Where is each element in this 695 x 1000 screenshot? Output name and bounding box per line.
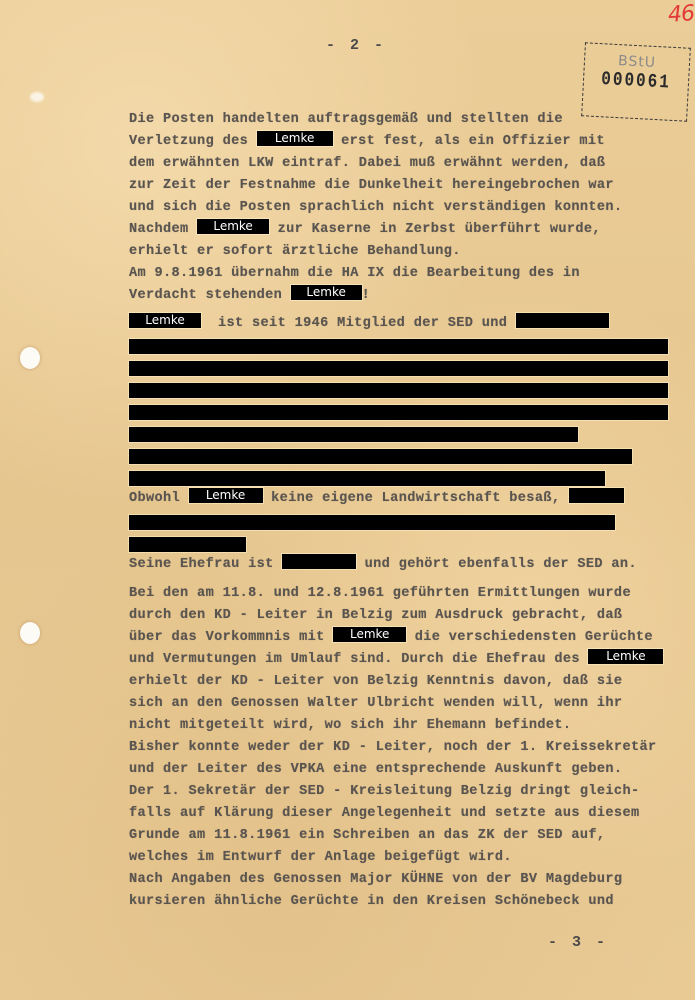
text-line: und der Leiter des VPKA eine entsprechen… [129,761,622,779]
text-line: dem erwähnten LKW eintraf. Dabei muß erw… [129,155,605,173]
line-text: welches im Entwurf der Anlage beigefügt … [129,850,512,865]
line-text: Seine Ehefrau ist [129,557,274,572]
text-line: Der 1. Sekretär der SED - Kreisleitung B… [129,783,639,801]
text-line: erhielt der KD - Leiter von Belzig Kennt… [129,673,622,691]
line-text: erhielt er sofort ärztliche Behandlung. [129,244,461,259]
page-number-footer: - 3 - [548,934,608,951]
line-text: keine eigene Landwirtschaft besaß, [271,491,560,506]
line-text: Am 9.8.1961 übernahm die HA IX die Bearb… [129,266,580,281]
line-text: zur Kaserne in Zerbst überführt wurde, [278,222,601,237]
redaction-bar [129,361,668,376]
text-line: Die Posten handelten auftragsgemäß und s… [129,111,563,129]
redaction-bar [129,427,578,442]
text-line: und sich die Posten sprachlich nicht ver… [129,199,622,217]
line-text: ! [362,288,371,303]
line-text: Grunde am 11.8.1961 ein Schreiben an das… [129,828,605,843]
text-line: falls auf Klärung dieser Angelegenheit u… [129,805,639,823]
text-line: Bei den am 11.8. und 12.8.1961 geführten… [129,585,631,603]
text-line: Verletzung des Lemke erst fest, als ein … [129,133,605,151]
redaction-bar [129,537,246,552]
punch-hole-bottom [20,622,40,644]
line-text: Bei den am 11.8. und 12.8.1961 geführten… [129,586,631,601]
redaction-bar [129,383,668,398]
text-line: welches im Entwurf der Anlage beigefügt … [129,849,512,867]
text-line: zur Zeit der Festnahme die Dunkelheit he… [129,177,614,195]
text-line: über das Vorkommnis mit Lemke die versch… [129,629,653,647]
text-line: Lemke ist seit 1946 Mitglied der SED und [129,315,609,333]
text-line: Bisher konnte weder der KD - Leiter, noc… [129,739,656,757]
text-line: Verdacht stehenden Lemke! [129,287,370,305]
text-line: Nachdem Lemke zur Kaserne in Zerbst über… [129,221,601,239]
line-text: durch den KD - Leiter in Belzig zum Ausd… [129,608,622,623]
line-text: Verletzung des [129,134,248,149]
redaction-bar [129,339,668,354]
line-text: nicht mitgeteilt wird, wo sich ihr Ehema… [129,718,571,733]
folio-number: 46 [667,1,695,28]
line-text: ist seit 1946 Mitglied der SED und [218,316,507,331]
line-text: über das Vorkommnis mit [129,630,325,645]
redaction-bar [129,515,615,530]
line-text: Die Posten handelten auftragsgemäß und s… [129,112,563,127]
stamp-number: 000061 [584,67,689,94]
redaction-bar [129,471,605,486]
line-text: Der 1. Sekretär der SED - Kreisleitung B… [129,784,639,799]
redaction-name: Lemke [291,285,362,300]
archive-stamp: BStU 000061 [581,42,691,121]
text-line: kursieren ähnliche Gerüchte in den Kreis… [129,893,614,911]
redaction-name: Lemke [333,627,406,642]
line-text: sich an den Genossen Walter Ulbricht wen… [129,696,622,711]
line-text: zur Zeit der Festnahme die Dunkelheit he… [129,178,614,193]
line-text: Bisher konnte weder der KD - Leiter, noc… [129,740,656,755]
text-line: nicht mitgeteilt wird, wo sich ihr Ehema… [129,717,571,735]
line-text: erst fest, als ein Offizier mit [341,134,605,149]
punch-hole-top [20,347,40,369]
text-line: und Vermutungen im Umlauf sind. Durch di… [129,651,663,669]
line-text: erhielt der KD - Leiter von Belzig Kennt… [129,674,622,689]
redaction-name: Lemke [257,131,333,146]
line-text: dem erwähnten LKW eintraf. Dabei muß erw… [129,156,605,171]
paper-blemish [30,92,44,102]
text-line: Nach Angaben des Genossen Major KÜHNE vo… [129,871,622,889]
text-line: Am 9.8.1961 übernahm die HA IX die Bearb… [129,265,580,283]
line-text: Nachdem [129,222,189,237]
line-text: Obwohl [129,491,180,506]
line-text: Verdacht stehenden [129,288,282,303]
page-number-header: - 2 - [326,37,386,54]
text-line: sich an den Genossen Walter Ulbricht wen… [129,695,622,713]
redaction-name: Lemke [588,649,663,664]
line-text: und gehört ebenfalls der SED an. [365,557,637,572]
text-line: durch den KD - Leiter in Belzig zum Ausd… [129,607,622,625]
redaction-block [569,488,624,503]
redaction-block [282,554,356,569]
line-text: Nach Angaben des Genossen Major KÜHNE vo… [129,872,622,887]
text-line: Seine Ehefrau ist und gehört ebenfalls d… [129,556,637,574]
line-text: falls auf Klärung dieser Angelegenheit u… [129,806,639,821]
redaction-bar [129,405,668,420]
document-page: 46 - 2 - BStU 000061 Die Posten handelte… [0,0,695,1000]
redaction-block [516,313,609,328]
text-line: Obwohl Lemke keine eigene Landwirtschaft… [129,490,624,508]
redaction-name: Lemke [129,313,201,328]
text-line: Grunde am 11.8.1961 ein Schreiben an das… [129,827,605,845]
line-text: und Vermutungen im Umlauf sind. Durch di… [129,652,580,667]
redaction-bar [129,449,632,464]
line-text: und sich die Posten sprachlich nicht ver… [129,200,622,215]
redaction-name: Lemke [197,219,269,234]
text-line: erhielt er sofort ärztliche Behandlung. [129,243,461,261]
line-text: die verschiedensten Gerüchte [415,630,653,645]
redaction-name: Lemke [189,488,263,503]
line-text: kursieren ähnliche Gerüchte in den Kreis… [129,894,614,909]
line-text: und der Leiter des VPKA eine entsprechen… [129,762,622,777]
